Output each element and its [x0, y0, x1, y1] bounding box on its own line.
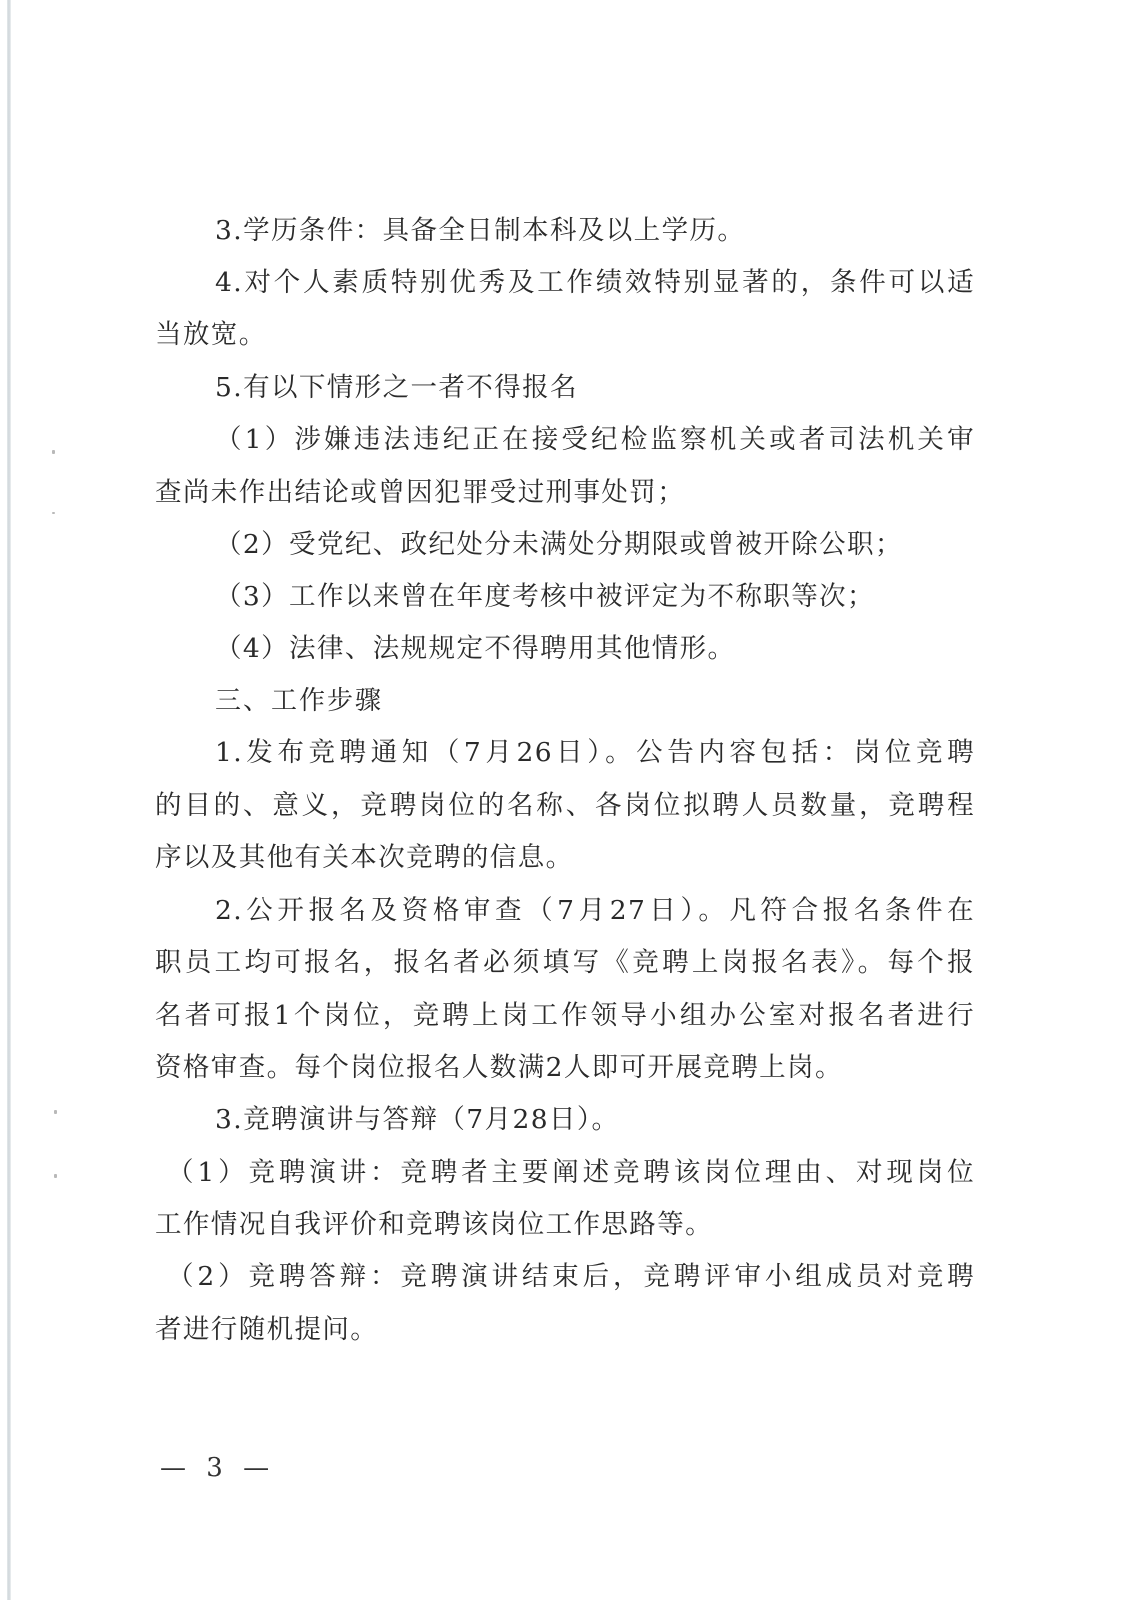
paragraph-step-1-end: 序以及其他有关本次竞聘的信息。 [155, 832, 574, 884]
scan-speck [54, 1110, 57, 1114]
paragraph-relaxed-conditions-cont: 当放宽。 [155, 309, 267, 361]
list-item-speech: （1）竞聘演讲：竞聘者主要阐述竞聘该岗位理由、对现岗位 [167, 1147, 975, 1199]
paragraph-step-3: 3.竞聘演讲与答辩（7月28日）。 [215, 1094, 619, 1146]
paragraph-step-1: 1.发布竞聘通知（7月26日）。公告内容包括：岗位竞聘 [215, 727, 975, 779]
paragraph-step-2: 2.公开报名及资格审查（7月27日）。凡符合报名条件在 [215, 885, 975, 937]
paragraph-education-requirement: 3.学历条件：具备全日制本科及以上学历。 [215, 205, 745, 257]
scan-speck [52, 512, 55, 514]
paragraph-step-2-cont: 职员工均可报名，报名者必须填写《竞聘上岗报名表》。每个报 [155, 937, 975, 989]
paragraph-step-2-cont2: 名者可报1个岗位，竞聘上岗工作领导小组办公室对报名者进行 [155, 990, 975, 1042]
page-number: — 3 — [160, 1453, 275, 1483]
list-item-disqualification-3: （3）工作以来曾在年度考核中被评定为不称职等次； [215, 571, 875, 623]
scan-speck [54, 1174, 57, 1178]
paragraph-disqualifications: 5.有以下情形之一者不得报名 [215, 362, 578, 414]
paragraph-step-2-end: 资格审查。每个岗位报名人数满2人即可开展竞聘上岗。 [155, 1042, 843, 1094]
paragraph-relaxed-conditions: 4.对个人素质特别优秀及工作绩效特别显著的，条件可以适 [215, 257, 975, 309]
paragraph-step-1-cont: 的目的、意义，竞聘岗位的名称、各岗位拟聘人员数量，竞聘程 [155, 780, 975, 832]
list-item-speech-cont: 工作情况自我评价和竞聘该岗位工作思路等。 [155, 1199, 713, 1251]
list-item-defense: （2）竞聘答辩：竞聘演讲结束后，竞聘评审小组成员对竞聘 [167, 1251, 975, 1303]
scan-edge-line [7, 0, 11, 1600]
list-item-defense-cont: 者进行随机提问。 [155, 1304, 378, 1356]
scan-speck [52, 450, 55, 454]
list-item-disqualification-2: （2）受党纪、政纪处分未满处分期限或曾被开除公职； [215, 519, 903, 571]
list-item-disqualification-1: （1）涉嫌违法违纪正在接受纪检监察机关或者司法机关审 [215, 414, 975, 466]
section-heading-work-steps: 三、工作步骤 [215, 675, 383, 727]
list-item-disqualification-1-cont: 查尚未作出结论或曾因犯罪受过刑事处罚； [155, 467, 685, 519]
list-item-disqualification-4: （4）法律、法规规定不得聘用其他情形。 [215, 623, 735, 675]
